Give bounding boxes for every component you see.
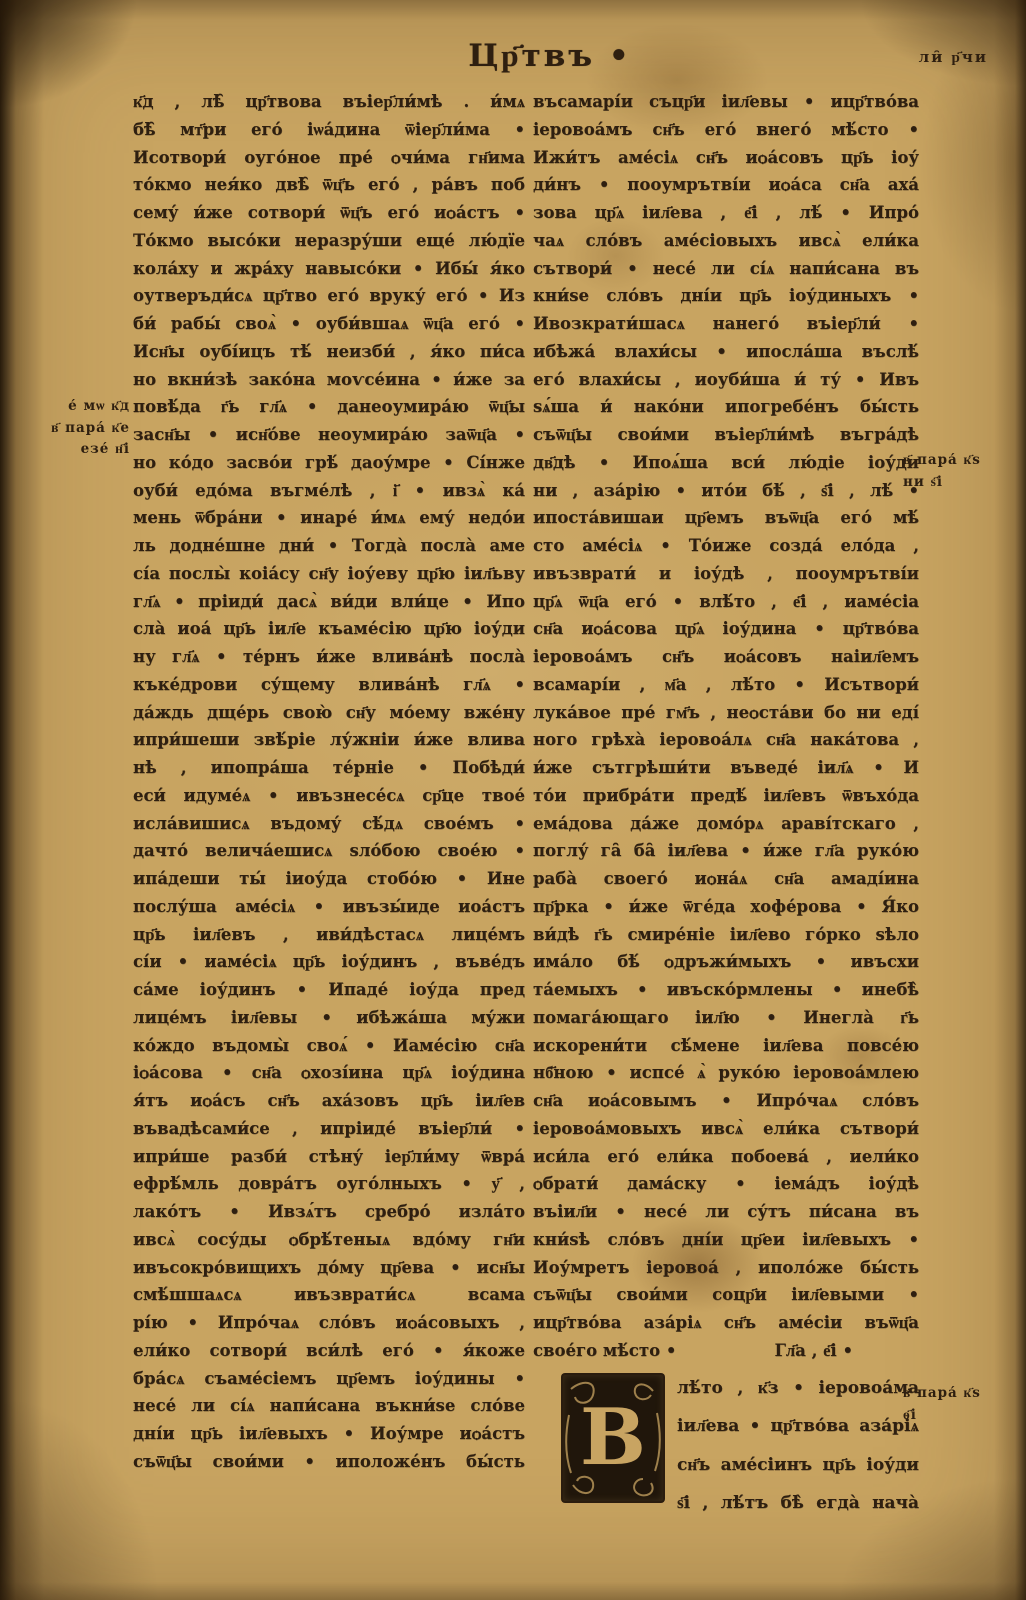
- text-line: сему́ и́же сотвори́ ѿц҃ъ его́ иѻа́стъ •: [133, 199, 525, 227]
- text-line: ви́дѣ г҃ь смире́ніе іил҃ево го́рко ѕѣло: [533, 921, 919, 949]
- text-line: всамарі́и , м҃а , лѣ́то • Исътвори́: [533, 671, 919, 699]
- text-line: пр҃рка • и́же ѿге́да хофе́рова • Я́ко: [533, 893, 919, 921]
- text-line: Исотвори́ оуго́ное пре́ ѻчи́ма гн҃има: [133, 144, 525, 172]
- text-line: иси́ла его́ ели́ка побоева́ , иели́ко: [533, 1143, 919, 1171]
- text-line: помага́ющаго іил҃ю • Инегла̀ г҃ь: [533, 1004, 919, 1032]
- text-line: да́ждь дще́рь свою̀ сн҃у мо́ему вже́ну: [133, 699, 525, 727]
- text-line: цр҃ь іил҃евъ , иви́дѣстасѧ лице́мъ: [133, 921, 525, 949]
- margin-note: ѳ҃і: [903, 1405, 1019, 1427]
- text-line: засн҃ы • исн҃о́ве неоумира́ю заѿц҃а •: [133, 421, 525, 449]
- margin-note: ни ѕ҃і: [903, 472, 1019, 494]
- text-line: іеровоа́мъ сн҃ъ иѻа́совъ наіил҃емъ: [533, 643, 919, 671]
- text-line: дв҃дѣ • Ипоѧ́ша вси́ лю́діе іоу́ди: [533, 449, 919, 477]
- text-line: ѕ҃і , лѣ́тъ бѣ̀ егда̀ нача̀: [677, 1484, 919, 1523]
- text-line: его́ влахи́сы , иоуби́ша и́ ту́ • Ивъ: [533, 366, 919, 394]
- text-line: зова цр҃ѧ іил҃ева , е҃і , лѣ́ • Ипро́: [533, 199, 919, 227]
- text-line: гл҃ѧ • пріиди́ дасѧ̀ ви́ди вли́це • Ипо: [133, 588, 525, 616]
- right-margin-notes-top: в҃ пара́ к҃ѕни ѕ҃і: [903, 450, 1019, 493]
- text-line: сла̀ иоа́ цр҃ь іил҃е къаме́сію цр҃ю іоу́…: [133, 615, 525, 643]
- text-line: сто аме́сіѧ • То́иже созда́ ело́да ,: [533, 532, 919, 560]
- text-line: ѻбрати́ дама́ску • іема́дъ іоу́дѣ: [533, 1170, 919, 1198]
- running-title: Цр҃твъ •: [400, 38, 700, 74]
- text-line: сн҃а иѻа́сова цр҃ѧ іоу́дина • цр҃тво́ва: [533, 615, 919, 643]
- text-line: ипа́деши ты́ іиоу́да стобо́ю • Ине: [133, 865, 525, 893]
- chapter-heading: Гл҃а , е҃і •: [775, 1337, 853, 1365]
- text-line: би́ рабы́ своѧ̀ • оуби́вшаѧ ѿц҃а его́ •: [133, 310, 525, 338]
- text-line: лѣ́то , к҃з • іеровоа́ма цр҃ѧ: [677, 1369, 919, 1408]
- text-line: оутверъди́сѧ цр҃тво его́ вруку́ его́ • И…: [133, 282, 525, 310]
- text-line: сътвори́ • несе́ ли сі́ѧ напи́сана въ: [533, 255, 919, 283]
- text-line: ивъзврати́ и іоу́дѣ , пооумрътві́и: [533, 560, 919, 588]
- text-line: нѣ , ипопра́ша те́рніе • Побѣди́: [133, 754, 525, 782]
- text-line: дні́и цр҃ь іил҃евыхъ • Иоу́мре иѻа́стъ: [133, 1420, 525, 1448]
- text-line: ипри́ше разби́ стѣну́ іер҃ли́му ѿвра́: [133, 1143, 525, 1171]
- text-line: ипри́шеши звѣ́ріе лу́жніи и́же влива: [133, 726, 525, 754]
- drop-cap-woodcut: В: [563, 1375, 663, 1501]
- chapter-opening: В лѣ́то , к҃з • іеровоа́ма цр҃ѧіил҃ева •…: [533, 1369, 919, 1523]
- text-line: съѿц҃ы свои́ми • иположе́нъ бы́сть: [133, 1448, 525, 1476]
- text-line: послу́ша аме́сіѧ • ивъзы́иде иоа́стъ: [133, 893, 525, 921]
- text-line: смѣ́шшаѧсѧ ивъзврати́сѧ всама: [133, 1281, 525, 1309]
- text-line: ели́ко сотвори́ вси́лѣ его́ • я́коже: [133, 1337, 525, 1365]
- margin-note: в҃ пара́ к҃е: [34, 418, 130, 440]
- text-line: еси́ идуме́ѧ • ивъзнесе́сѧ ср҃це твое́: [133, 782, 525, 810]
- margin-note: езе́ н҃і: [34, 439, 130, 461]
- right-column-lines: въсамарі́и съцр҃и іил҃евы • ицр҃тво́ваіе…: [533, 88, 919, 1337]
- text-line: ну гл҃ѧ • те́рнъ и́же влива́нѣ посла̀: [133, 643, 525, 671]
- text-line: кни́ѕе сло́въ дні́и цр҃ь іоу́диныхъ •: [533, 282, 919, 310]
- text-line: бѣ̑ мт҃ри его́ іѡа́дина ѿіер҃ли́ма •: [133, 116, 525, 144]
- text-line: съѿц҃ы свои́ми въіер҃ли́мѣ въгра́дѣ: [533, 421, 919, 449]
- text-line: ди́нъ • пооумрътві́и иѻа́са сн҃а аха́: [533, 171, 919, 199]
- text-line: ицр҃тво́ва аза́ріѧ сн҃ъ аме́сіи въѿц҃а: [533, 1309, 919, 1337]
- text-line: въсамарі́и съцр҃и іил҃евы • ицр҃тво́ва: [533, 88, 919, 116]
- text-line: има́ло бѣ́ ѻдръжи́мыхъ • ивъсхи: [533, 948, 919, 976]
- text-line: то́кмо нея́ко двѣ̑ ѿц҃ъ его́ , ра́въ поб: [133, 171, 525, 199]
- margin-note: е́ мѡ к҃д: [34, 396, 130, 418]
- text-line: ибѣжа́ влахи́сы • ипосла́ша въслѣ́: [533, 338, 919, 366]
- text-line: въвадѣсами́се , ипріиде́ въіер҃ли́ •: [133, 1115, 525, 1143]
- text-line: нб҃ною • испсе́ ѧ̀ руко́ю іеровоа́млею: [533, 1059, 919, 1087]
- margin-note: в҃ пара́ к҃ѕ: [903, 450, 1019, 472]
- text-line: Исн҃ы оубі́ицъ тѣ́ неизби́ , я́ко пи́са: [133, 338, 525, 366]
- right-text-column: въсамарі́и съцр҃и іил҃евы • ицр҃тво́ваіе…: [533, 88, 919, 1523]
- text-line: исла́вишисѧ въдому́ сѣ́дѧ свое́мъ •: [133, 810, 525, 838]
- text-line: лако́тъ • Ивзѧ́тъ сребро́ изла́то: [133, 1198, 525, 1226]
- text-line: чаѧ сло́въ аме́сіовыхъ ивсѧ̀ ели́ка: [533, 227, 919, 255]
- text-line: рі́ю • Ипро́чаѧ сло́въ иѻа́совыхъ ,: [133, 1309, 525, 1337]
- text-line: лука́вое пре́ гм҃ъ , неѻста́ви бо ни еді…: [533, 699, 919, 727]
- chapter-heading-line: свое́го мѣ́сто • Гл҃а , е҃і •: [533, 1337, 919, 1365]
- text-line: сн҃а иѻа́совымъ • Ипро́чаѧ сло́въ: [533, 1087, 919, 1115]
- text-line: мень ѿбра́ни • инаре́ и́мѧ ему́ недо́и: [133, 504, 525, 532]
- text-line: повѣ́да г҃ь гл҃ѧ • данеоумира́ю ѿц҃ы: [133, 393, 525, 421]
- verse-end-text: свое́го мѣ́сто •: [533, 1337, 676, 1365]
- text-line: бра́сѧ съаме́сіемъ цр҃емъ іоу́дины •: [133, 1365, 525, 1393]
- text-line: сі́а послы̀ коіа́су сн҃у іоу́еву цр҃ю іи…: [133, 560, 525, 588]
- text-line: Иоу́мретъ іеровоа́ , иполо́же бы́сть: [533, 1254, 919, 1282]
- text-line: въіил҃и • несе́ ли су́тъ пи́сана въ: [533, 1198, 919, 1226]
- text-line: іеровоа́мовыхъ ивсѧ̀ ели́ка сътвори́: [533, 1115, 919, 1143]
- text-line: ного грѣха̀ іеровоа́лѧ сн҃а нака́това ,: [533, 726, 919, 754]
- text-line: я́тъ иѻа́съ сн҃ъ аха́зовъ цр҃ь іил҃ев: [133, 1087, 525, 1115]
- left-text-column: к҃д , лѣ̑ цр҃твова въіер҃ли́мѣ . и́мѧбѣ̑…: [133, 88, 525, 1476]
- text-line: цр҃ѧ ѿц҃а его́ • влѣ́то , е҃і , иаме́сіа: [533, 588, 919, 616]
- text-line: ема́дова да́же домо́рѧ араві́тскаго ,: [533, 810, 919, 838]
- text-line: Ижи́тъ аме́сіѧ сн҃ъ иѻа́совъ цр҃ь іоу́: [533, 144, 919, 172]
- text-line: ѕѧ́ша и́ нако́ни ипогребе́нъ бы́сть: [533, 393, 919, 421]
- text-line: лице́мъ іил҃евы • ибѣжа́ша му́жи: [133, 1004, 525, 1032]
- folio-number: ли̑ р҃чи: [848, 48, 988, 67]
- text-line: кола́ху и жра́ху навысо́ки • Ибы́ я́ко: [133, 255, 525, 283]
- text-line: но вкни́зѣ зако́на моѵсе́ина • и́же за: [133, 366, 525, 394]
- text-line: сн҃ъ аме́сіинъ цр҃ь іоу́ди •: [677, 1446, 919, 1485]
- text-line: та́емыхъ • ивъско́рмлены • инебѣ̀: [533, 976, 919, 1004]
- text-line: ивсѧ̀ сосу́ды ѻбрѣ́теныѧ вдо́му гн҃и: [133, 1226, 525, 1254]
- text-line: къке́дрови су́щему влива́нѣ гл҃ѧ •: [133, 671, 525, 699]
- text-line: ни , аза́рію • ито́и бѣ́ , ѕ҃і , лѣ́ •: [533, 477, 919, 505]
- book-page: Цр҃твъ • ли̑ р҃чи е́ мѡ к҃дв҃ пара́ к҃ее…: [0, 0, 1026, 1600]
- text-line: искорени́ти сѣ́мене іил҃ева повсе́ю: [533, 1032, 919, 1060]
- text-line: ль додне́шне дни́ • Тогда̀ посла̀ аме: [133, 532, 525, 560]
- text-line: сі́и • иаме́сіѧ цр҃ь іоу́динъ , въве́дъ: [133, 948, 525, 976]
- right-margin-notes-bottom: в҃ пара́ к҃ѕѳ҃і: [903, 1383, 1019, 1426]
- text-line: То́кмо высо́ки неразру́ши еще́ лю́дїе: [133, 227, 525, 255]
- text-line: то́и прибра́ти предѣ́ іил҃евъ ѿвъхо́да: [533, 782, 919, 810]
- left-margin-notes: е́ мѡ к҃дв҃ пара́ к҃еезе́ н҃і: [34, 396, 130, 461]
- text-line: ивъсокро́вищихъ до́му цр҃ева • исн҃ы: [133, 1254, 525, 1282]
- text-line: поглу́ га̑ ба̑ іил҃ева • и́же гл҃а руко́…: [533, 837, 919, 865]
- text-line: несе́ ли сі́ѧ напи́сана въкни́ѕе сло́ве: [133, 1392, 525, 1420]
- text-line: са́ме іоу́динъ • Ипаде́ іоу́да пред: [133, 976, 525, 1004]
- text-line: но ко́до засво́и грѣ́ даоу́мре • Сі́нже: [133, 449, 525, 477]
- text-line: оуби́ едо́ма въгме́лѣ , і҃ • ивзѧ̀ ка́: [133, 477, 525, 505]
- drop-cap-letter: В: [563, 1383, 663, 1493]
- text-line: іил҃ева • цр҃тво́ва аза́ріѧ: [677, 1407, 919, 1446]
- text-line: и́же сътгрѣши́ти въведе́ іил҃ѧ • И: [533, 754, 919, 782]
- text-line: іеровоа́мъ сн҃ъ его́ внего́ мѣ́сто •: [533, 116, 919, 144]
- text-line: раба̀ своего́ иѻна́ѧ сн҃а амаді́ина: [533, 865, 919, 893]
- text-line: съѿц҃ы свои́ми соцр҃и іил҃евыми •: [533, 1281, 919, 1309]
- text-line: ипоста́вишаи цр҃емъ въѿц҃а его́ мѣ́: [533, 504, 919, 532]
- text-line: іѻа́сова • сн҃а ѻхозі́ина цр҃ѧ іоу́дина: [133, 1059, 525, 1087]
- text-line: ко́ждо въдомы̀ своѧ́ • Иаме́сію сн҃а: [133, 1032, 525, 1060]
- text-line: дачто́ велича́ешисѧ ѕло́бою свое́ю •: [133, 837, 525, 865]
- text-line: кни́ѕѣ сло́въ дні́и цр҃еи іил҃евыхъ •: [533, 1226, 919, 1254]
- text-line: Ивозкрати́шасѧ нанего́ въіер҃ли́ •: [533, 310, 919, 338]
- margin-note: в҃ пара́ к҃ѕ: [903, 1383, 1019, 1405]
- text-line: к҃д , лѣ̑ цр҃твова въіер҃ли́мѣ . и́мѧ: [133, 88, 525, 116]
- text-line: ефрѣ́мль довра́тъ оуго́лныхъ • у҃ ,: [133, 1170, 525, 1198]
